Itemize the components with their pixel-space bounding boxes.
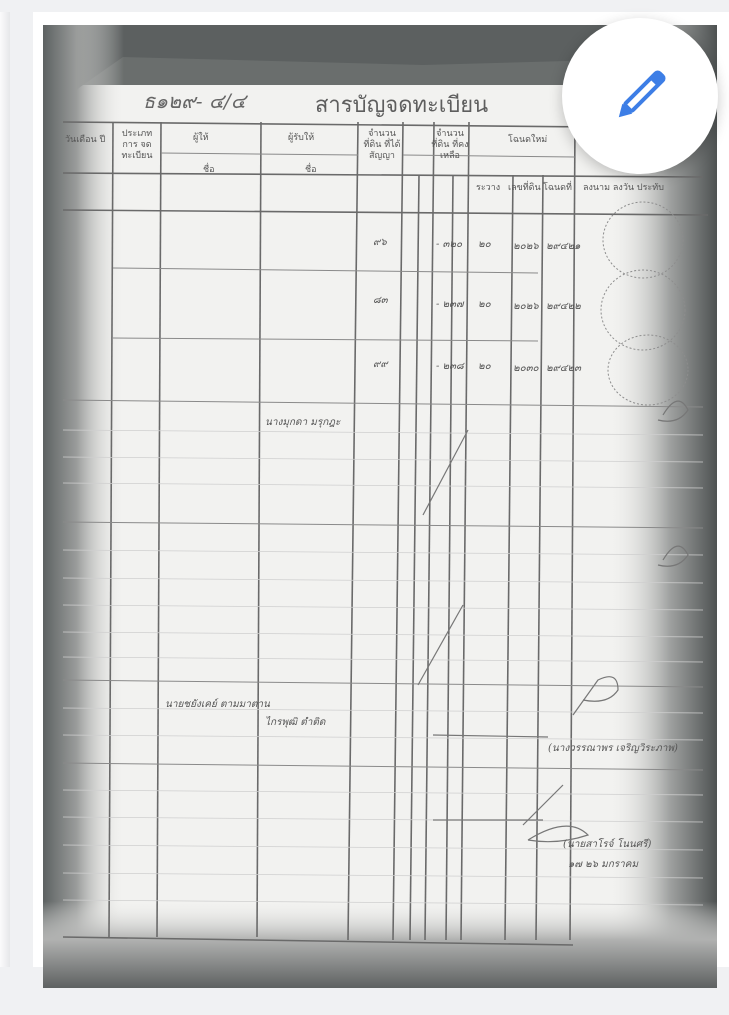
entry-remaining: - ๒๓๘ xyxy=(436,359,464,374)
handwritten-note: (นางวรรณาพร เจริญวิระภาพ) xyxy=(548,741,678,756)
entry-parcel: ๒๐๓๐ xyxy=(513,361,539,376)
entry-remaining: - ๒๓๗ xyxy=(436,297,464,312)
header-area-contract: จำนวนที่ดิน ที่ได้สัญญา xyxy=(361,129,403,162)
handwritten-note: ไกรพุฒิ ตำติด xyxy=(265,715,325,730)
entry-area: ๙๖ xyxy=(373,235,387,250)
entry-deed: ๒๙๔๒๓ xyxy=(546,361,581,376)
handwritten-note: (นายสาโรจ์ โนนศรี) xyxy=(563,837,651,852)
entry-remaining: - ๓๒๐ xyxy=(436,237,462,252)
header-type: ประเภท การ จดทะเบียน xyxy=(115,129,159,162)
handwritten-note: นายชยังเคย์ ตามมาตาน xyxy=(165,697,270,712)
entry-sheet: ๒๐ xyxy=(478,237,491,252)
document-code: ธ๑๒๙- ๔/๔ xyxy=(143,85,246,117)
entry-parcel: ๒๐๒๖ xyxy=(513,299,539,314)
entry-sheet: ๒๐ xyxy=(478,297,491,312)
document-title: สารบัญจดทะเบียน xyxy=(315,87,488,122)
left-panel-edge xyxy=(0,12,10,967)
header-new-deed-parcel: เลขที่ดิน xyxy=(508,183,541,194)
pencil-icon xyxy=(610,66,670,126)
header-signature: ลงนาม ลงวัน ประทับ xyxy=(583,183,664,194)
handwritten-note: นางมุกดา มรุกฎะ xyxy=(265,415,340,430)
entry-deed: ๒๙๔๒๑ xyxy=(546,239,580,254)
header-new-deed-sheet: ระวาง xyxy=(476,183,500,194)
entry-area: ๘๓ xyxy=(373,293,388,308)
header-receiver: ผู้รับให้ xyxy=(288,133,314,144)
entry-area: ๙๙ xyxy=(373,357,388,372)
header-receiver-name: ชื่อ xyxy=(305,165,317,176)
entry-parcel: ๒๐๒๖ xyxy=(513,239,539,254)
edit-button[interactable] xyxy=(562,18,718,174)
entry-sheet: ๒๐ xyxy=(478,359,491,374)
header-area-remaining: จำนวนที่ดิน ที่คงเหลือ xyxy=(429,129,471,162)
handwritten-note: ๑๗ ๒๖ มกราคม xyxy=(568,857,638,872)
header-new-deed-number: โฉนดที่ xyxy=(543,183,572,194)
header-giver: ผู้ให้ xyxy=(193,133,209,144)
entry-deed: ๒๙๔๒๒ xyxy=(546,299,581,314)
header-new-deed: โฉนดใหม่ xyxy=(508,135,547,146)
header-giver-name: ชื่อ xyxy=(203,165,215,176)
header-date: วันเดือน ปี xyxy=(65,135,105,146)
